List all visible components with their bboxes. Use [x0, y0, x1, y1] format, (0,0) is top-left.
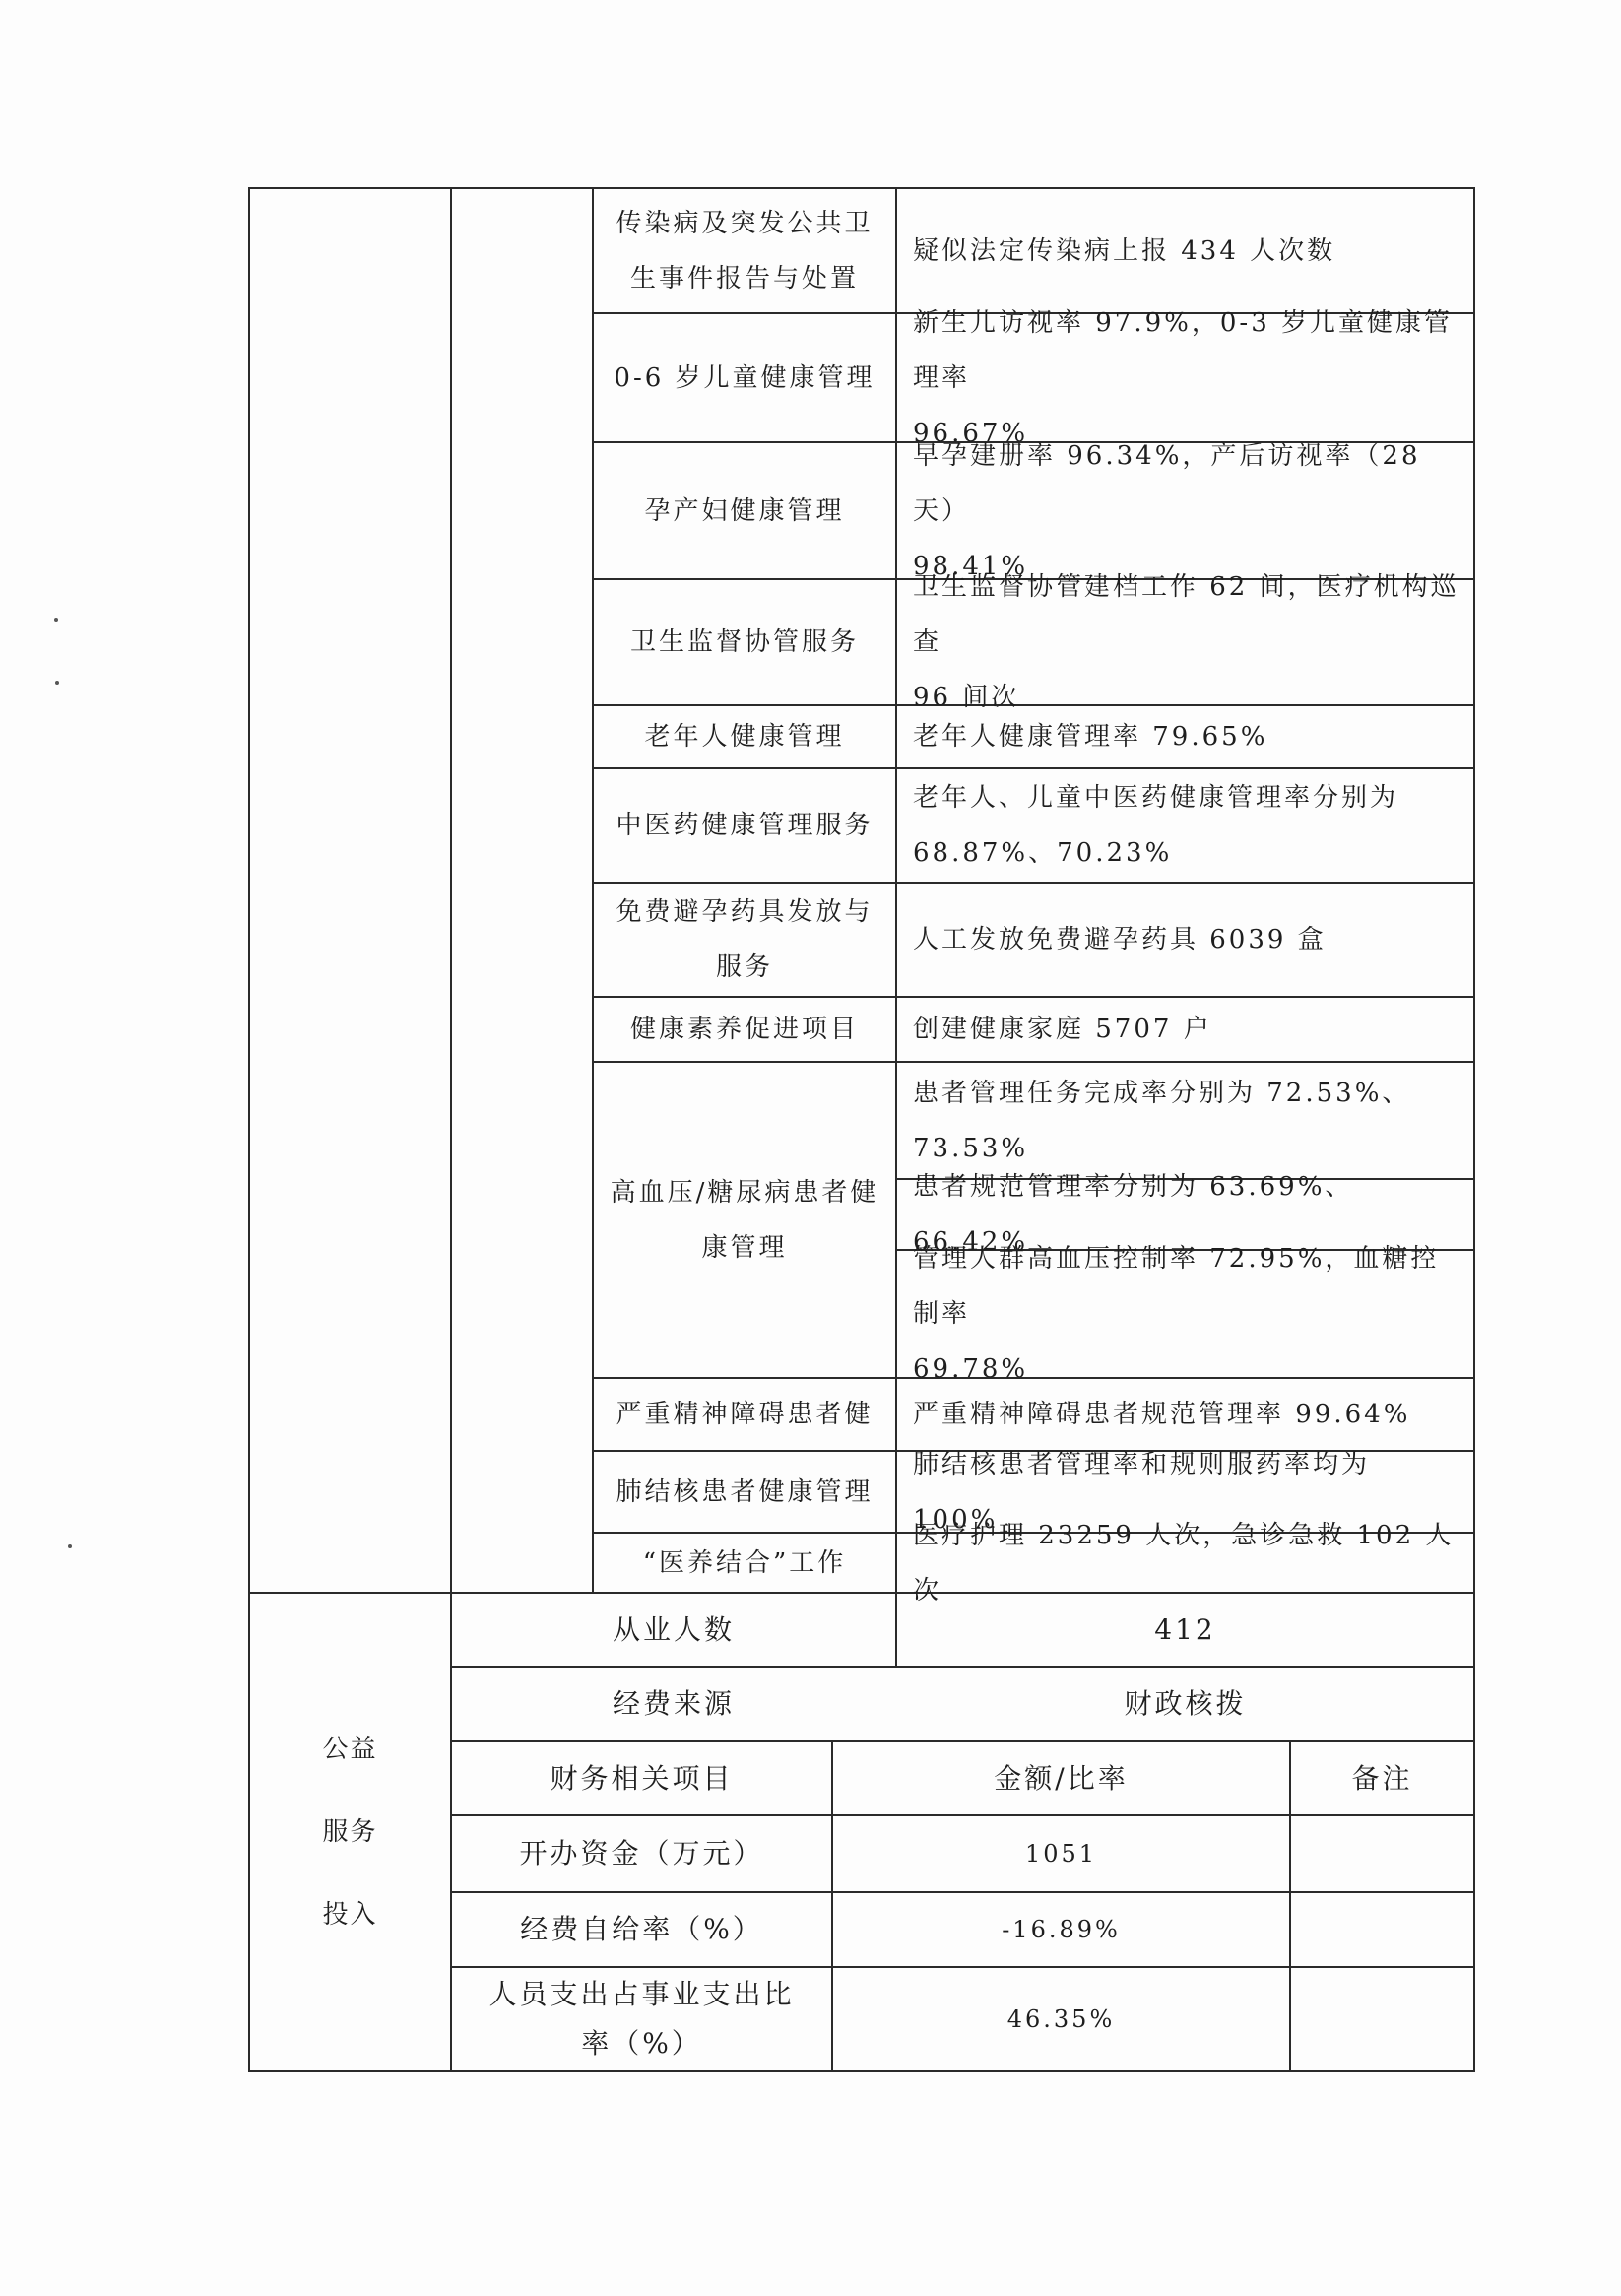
table-row-item: 严重精神障碍患者健 [594, 1379, 895, 1450]
table-row-result: 新生儿访视率 97.9%，0-3 岁儿童健康管理率 96.67% [897, 314, 1473, 441]
finance-row-item: 人员支出占事业支出比 率（%） [452, 1968, 831, 2070]
finance-row-note [1291, 1816, 1473, 1891]
table-row-result: 创建健康家庭 5707 户 [897, 998, 1473, 1061]
finance-row-note [1291, 1968, 1473, 2070]
scan-dot [55, 681, 59, 685]
table-row-item: “医养结合”工作 [594, 1534, 895, 1592]
funding-source-label: 经费来源 [452, 1668, 895, 1740]
finance-row-note [1291, 1893, 1473, 1966]
table-row-result: 人工发放免费避孕药具 6039 盒 [897, 884, 1473, 996]
scan-dot [68, 1544, 72, 1548]
scan-dot [54, 618, 58, 622]
table-row-item: 卫生监督协管服务 [594, 580, 895, 704]
funding-source-value: 财政核拨 [897, 1668, 1473, 1740]
table-row-item: 免费避孕药具发放与 服务 [594, 884, 895, 996]
table-row-result: 疑似法定传染病上报 434 人次数 [897, 189, 1473, 312]
table-row-item: 肺结核患者健康管理 [594, 1452, 895, 1532]
table-row-item: 孕产妇健康管理 [594, 443, 895, 578]
finance-row-value: -16.89% [833, 1893, 1289, 1966]
table-row-result: 老年人、儿童中医药健康管理率分别为 68.87%、70.23% [897, 769, 1473, 882]
table-row-result: 老年人健康管理率 79.65% [897, 706, 1473, 767]
finance-row-item: 经费自给率（%） [452, 1893, 831, 1966]
section-title: 公益 服务 投入 [250, 1594, 450, 2070]
finance-header-amount: 金额/比率 [833, 1742, 1289, 1814]
finance-row-item: 开办资金（万元） [452, 1816, 831, 1891]
table-row-result: 医疗护理 23259 人次，急诊急救 102 人次 [897, 1534, 1473, 1592]
finance-header-note: 备注 [1291, 1742, 1473, 1814]
table-row-item: 中医药健康管理服务 [594, 769, 895, 882]
finance-row-value: 1051 [833, 1816, 1289, 1891]
staff-count-label: 从业人数 [452, 1594, 895, 1666]
finance-header-item: 财务相关项目 [452, 1742, 831, 1814]
table-row-item: 健康素养促进项目 [594, 998, 895, 1061]
table-row-result: 卫生监督协管建档工作 62 间，医疗机构巡查 96 间次 [897, 580, 1473, 704]
table-row-item: 老年人健康管理 [594, 706, 895, 767]
table-row-subresult: 管理人群高血压控制率 72.95%，血糖控制率 69.78% [897, 1251, 1473, 1377]
finance-row-value: 46.35% [833, 1968, 1289, 2070]
staff-count-value: 412 [897, 1594, 1473, 1666]
table-row-item: 传染病及突发公共卫 生事件报告与处置 [594, 189, 895, 312]
table-row-result: 早孕建册率 96.34%，产后访视率（28 天） 98.41% [897, 443, 1473, 578]
table-row-item: 高血压/糖尿病患者健 康管理 [594, 1063, 895, 1377]
table-row-item: 0-6 岁儿童健康管理 [594, 314, 895, 441]
document-page: 传染病及突发公共卫 生事件报告与处置 疑似法定传染病上报 434 人次数 0-6… [0, 0, 1621, 2296]
